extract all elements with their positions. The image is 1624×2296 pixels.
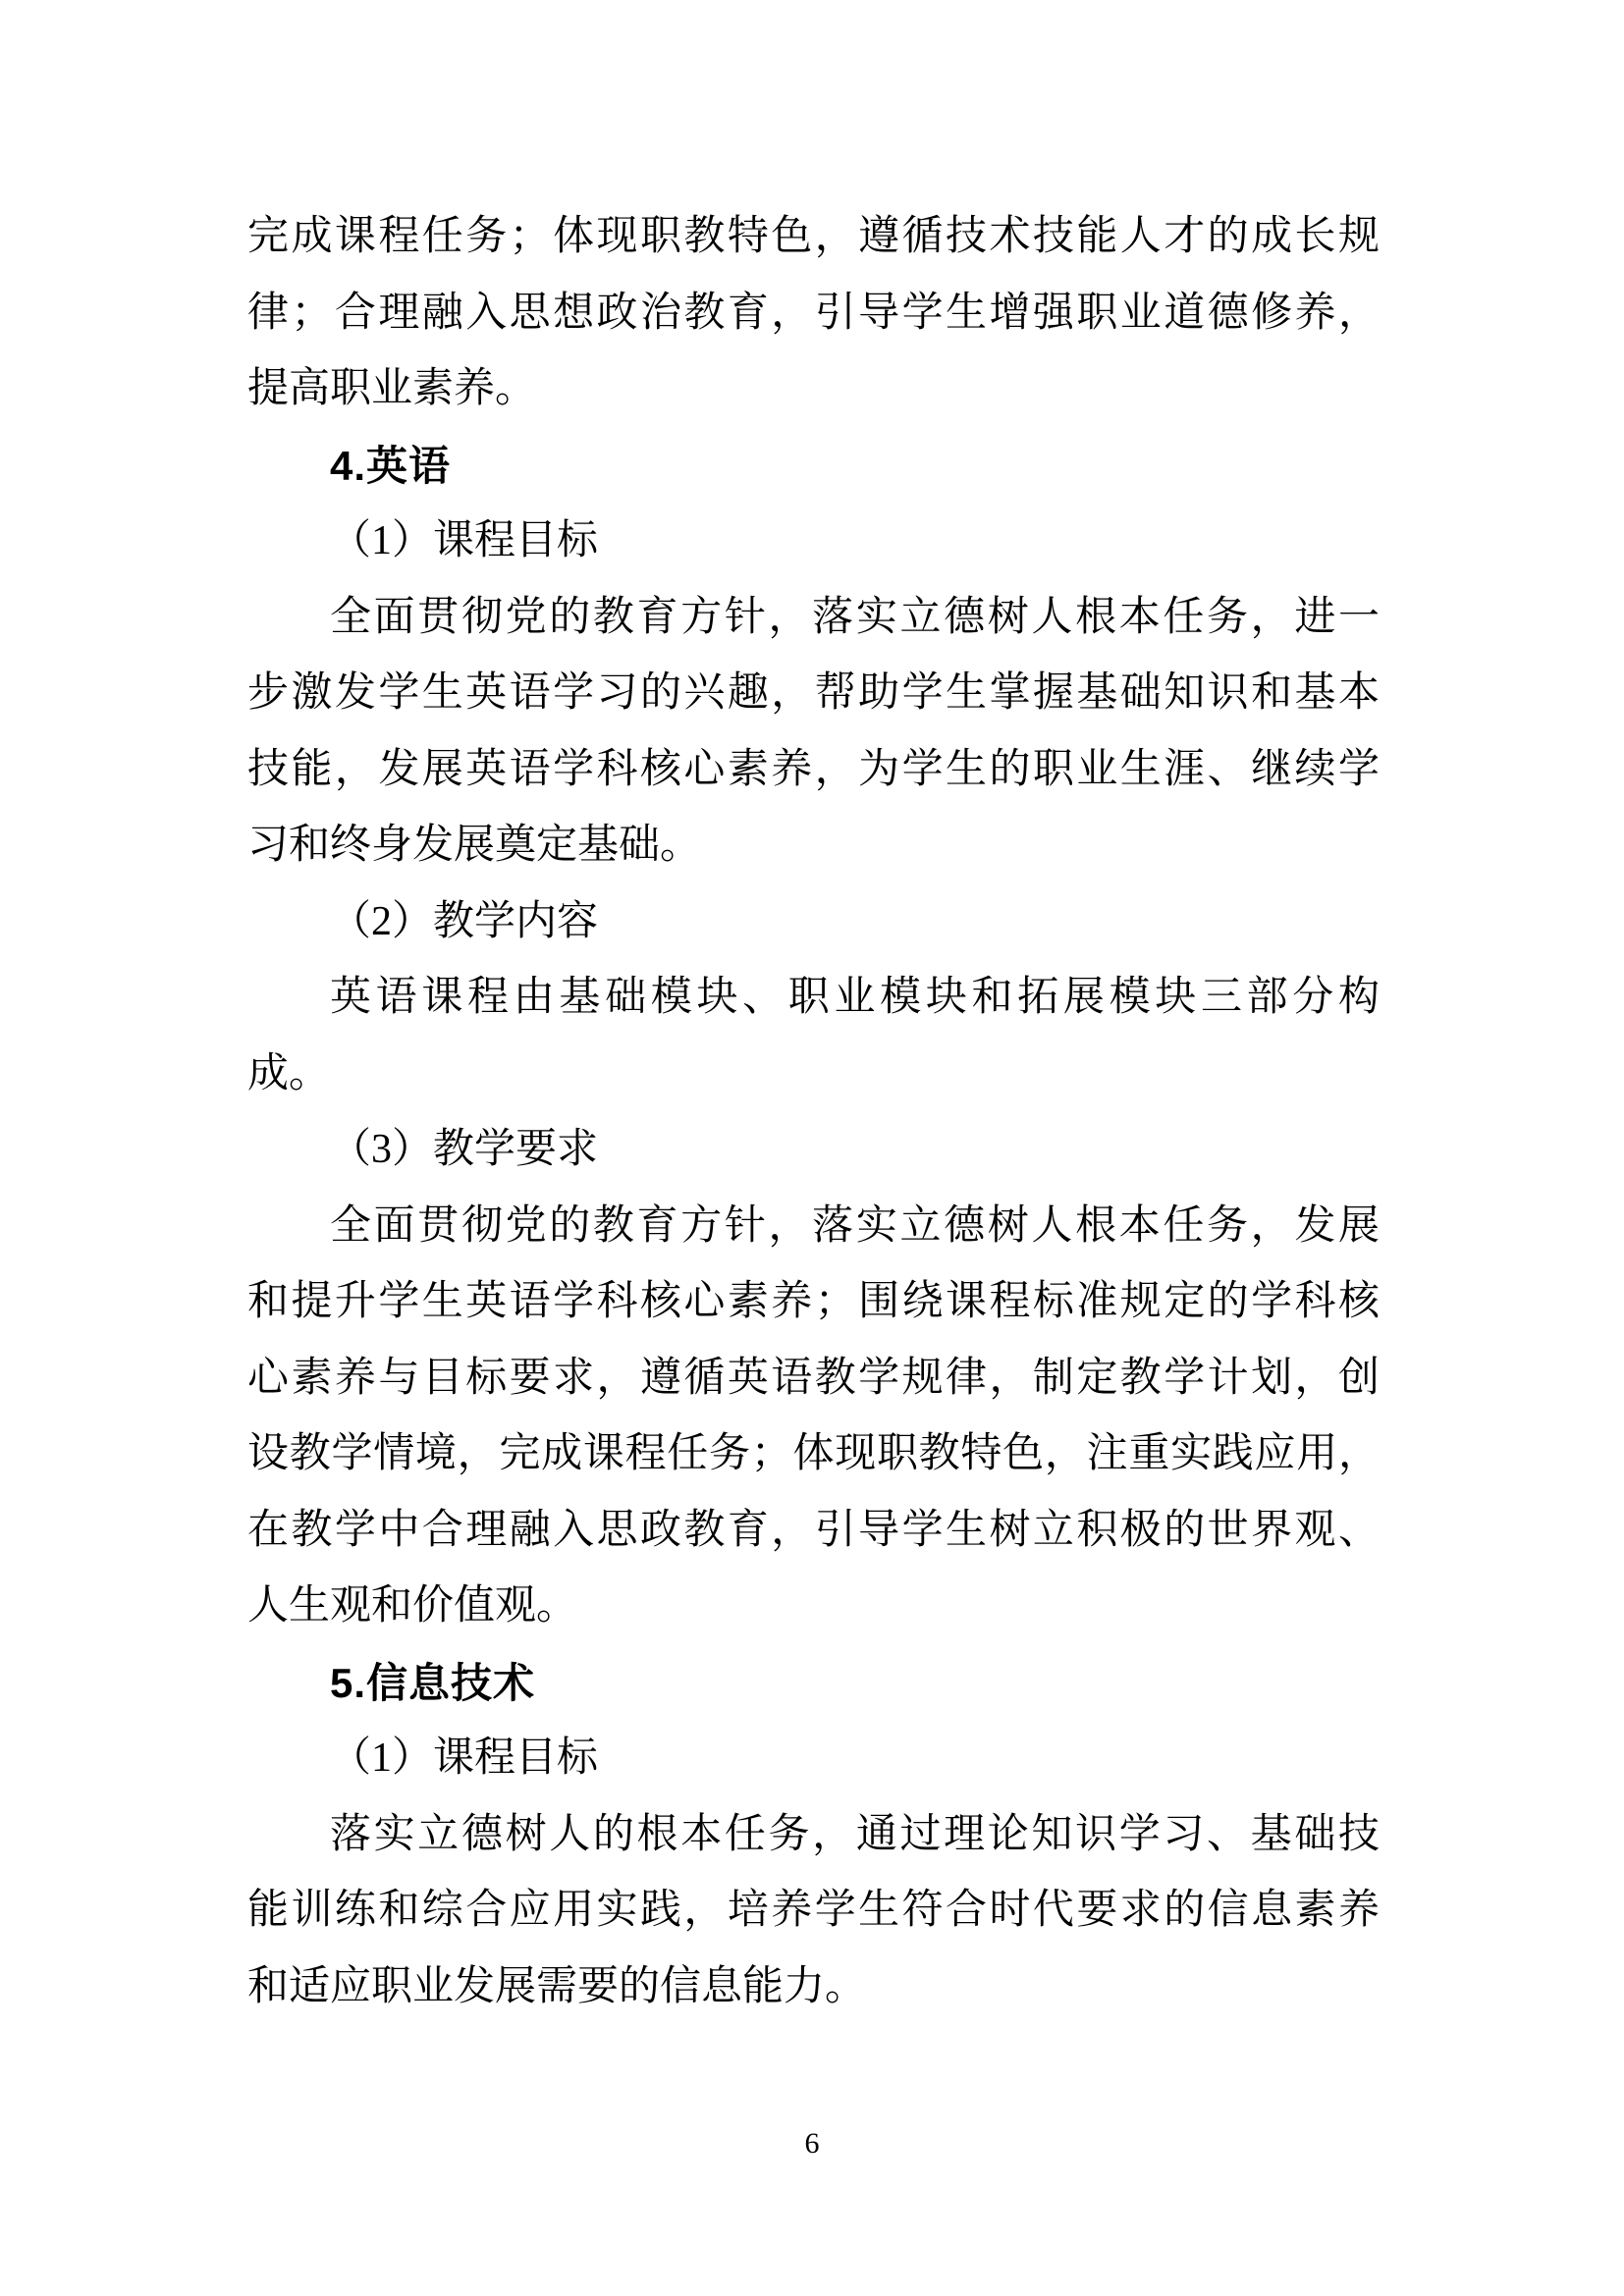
text-line: （3）教学要求 bbox=[247, 1112, 1380, 1189]
text-line: 能训练和综合应用实践，培养学生符合时代要求的信息素养 bbox=[247, 1873, 1380, 1949]
text-block: 完成课程任务；体现职教特色，遵循技术技能人才的成长规律；合理融入思想政治教育，引… bbox=[247, 199, 1380, 2025]
text-line: 设教学情境，完成课程任务；体现职教特色，注重实践应用， bbox=[247, 1416, 1380, 1493]
section-heading: 4.英语 bbox=[247, 428, 1380, 505]
text-line: 在教学中合理融入思政教育，引导学生树立积极的世界观、 bbox=[247, 1493, 1380, 1570]
text-line: 全面贯彻党的教育方针，落实立德树人根本任务，发展 bbox=[247, 1189, 1380, 1265]
text-line: （1）课程目标 bbox=[247, 504, 1380, 580]
text-line: 技能，发展英语学科核心素养，为学生的职业生涯、继续学 bbox=[247, 732, 1380, 809]
text-line: 律；合理融入思想政治教育，引导学生增强职业道德修养， bbox=[247, 276, 1380, 352]
page-number: 6 bbox=[0, 2128, 1624, 2160]
text-line: 和提升学生英语学科核心素养；围绕课程标准规定的学科核 bbox=[247, 1264, 1380, 1341]
section-heading: 5.信息技术 bbox=[247, 1645, 1380, 1722]
text-line: 完成课程任务；体现职教特色，遵循技术技能人才的成长规 bbox=[247, 199, 1380, 276]
text-line: （2）教学内容 bbox=[247, 884, 1380, 961]
text-line: （1）课程目标 bbox=[247, 1721, 1380, 1797]
document-page: 完成课程任务；体现职教特色，遵循技术技能人才的成长规律；合理融入思想政治教育，引… bbox=[0, 0, 1624, 2296]
text-line: 和适应职业发展需要的信息能力。 bbox=[247, 1949, 1380, 2026]
text-line: 心素养与目标要求，遵循英语教学规律，制定教学计划，创 bbox=[247, 1341, 1380, 1417]
text-line: 人生观和价值观。 bbox=[247, 1569, 1380, 1645]
text-line: 步激发学生英语学习的兴趣，帮助学生掌握基础知识和基本 bbox=[247, 656, 1380, 732]
text-line: 全面贯彻党的教育方针，落实立德树人根本任务，进一 bbox=[247, 580, 1380, 657]
text-line: 提高职业素养。 bbox=[247, 351, 1380, 428]
text-line: 英语课程由基础模块、职业模块和拓展模块三部分构 bbox=[247, 960, 1380, 1037]
text-line: 落实立德树人的根本任务，通过理论知识学习、基础技 bbox=[247, 1797, 1380, 1874]
text-line: 习和终身发展奠定基础。 bbox=[247, 808, 1380, 884]
text-line: 成。 bbox=[247, 1037, 1380, 1113]
